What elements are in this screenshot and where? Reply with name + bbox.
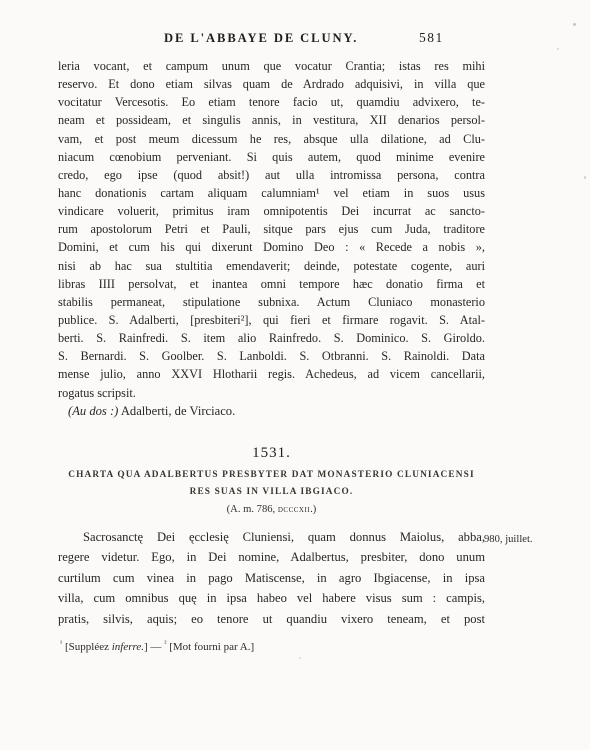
- charter-source-line: (A. m. 786, dcccxii.): [58, 504, 485, 515]
- text-line: credo, ego ipse (quod absit!) aut ulla i…: [58, 166, 485, 184]
- charter-1530-text: leria vocant, et campum unum que vocatur…: [58, 57, 485, 402]
- footnote-text-1: [Suppléez: [62, 641, 111, 653]
- text-line: publice. S. Adalberti, [presbiteri²], qu…: [58, 311, 485, 329]
- au-dos-label: (Au dos :): [68, 404, 118, 418]
- text-line: hanc donationis cartam aliquam calumniam…: [58, 184, 485, 202]
- text-line: libras IIII persolvat, et inantea omni t…: [58, 275, 485, 293]
- footnote-italic-word: inferre.: [112, 641, 144, 653]
- text-line: Domini, et cum his qui dixerunt Domino D…: [58, 238, 485, 256]
- scan-speckle: [584, 176, 586, 179]
- charter-title-line2: RES SUAS IN VILLA IBGIACO.: [58, 487, 485, 497]
- text-line: nisi ab hac sua stultitia emendaverit; d…: [58, 257, 485, 275]
- charter-source-roman-numeral: dcccxii: [278, 504, 310, 515]
- margin-date-note: 980, juillet.: [484, 534, 533, 545]
- charter-1531-text: Sacrosanctę Dei ęcclesię Cluniensi, quam…: [58, 527, 485, 629]
- scan-speckle: [557, 48, 559, 50]
- text-line: vam, et post meum dicessum he res, absqu…: [58, 130, 485, 148]
- text-line: reservo. Et dono etiam silvas quam de Ar…: [58, 75, 485, 93]
- text-line: stabilis permaneat, stipulatione subnixa…: [58, 293, 485, 311]
- scan-speckle: [573, 23, 576, 26]
- text-line: pratis, silvis, aquis; eo tenore ut quan…: [58, 609, 485, 629]
- text-line: S. Bernardi. S. Goolber. S. Lanboldi. S.…: [58, 347, 485, 365]
- charter-number-heading: 1531.: [58, 445, 485, 462]
- footnote-text-3: [Mot fourni par A.]: [166, 641, 254, 653]
- text-line: niacum cœnobium perveniant. Si quis aute…: [58, 148, 485, 166]
- footnote-text-2: ] —: [144, 641, 164, 653]
- text-line: leria vocant, et campum unum que vocatur…: [58, 57, 485, 75]
- charter-source-suffix: .): [310, 504, 316, 515]
- scan-speckle: [299, 657, 301, 659]
- text-line: vocitatur Vercesotis. Eo etiam tenore fa…: [58, 93, 485, 111]
- text-line: vindicare voluerit, primitus iram omnipo…: [58, 202, 485, 220]
- text-line: curtilum cum vinea in pago Matiscense, i…: [58, 568, 485, 588]
- footnote: ¹ [Suppléez inferre.] — ² [Mot fourni pa…: [60, 641, 254, 653]
- text-line: mense julio, anno XXVI Hlotharii regis. …: [58, 365, 485, 383]
- text-line: villa, cum omnibus quę in ipsa habeo vel…: [58, 588, 485, 608]
- charter-source-prefix: (A. m. 786,: [227, 504, 278, 515]
- text-line: regere videtur. Ego, in Dei nomine, Adal…: [58, 547, 485, 567]
- scanned-book-page: DE L'ABBAYE DE CLUNY. 581 leria vocant, …: [0, 0, 590, 750]
- text-line: berti. S. Rainfredi. S. item alio Rainfr…: [58, 329, 485, 347]
- text-line: Sacrosanctę Dei ęcclesię Cluniensi, quam…: [58, 527, 485, 547]
- au-dos-text: Adalberti, de Virciaco.: [118, 404, 235, 418]
- au-dos-note: (Au dos :) Adalberti, de Virciaco.: [68, 404, 235, 419]
- text-line: rum apostolorum Petri et Pauli, sitque p…: [58, 220, 485, 238]
- running-header-title: DE L'ABBAYE DE CLUNY.: [164, 31, 358, 46]
- text-line: rogatus scripsit.: [58, 384, 485, 402]
- charter-title-line1: CHARTA QUA ADALBERTUS PRESBYTER DAT MONA…: [58, 470, 485, 480]
- page-number: 581: [419, 30, 444, 46]
- text-line: neam et possideam, et singulis annis, in…: [58, 111, 485, 129]
